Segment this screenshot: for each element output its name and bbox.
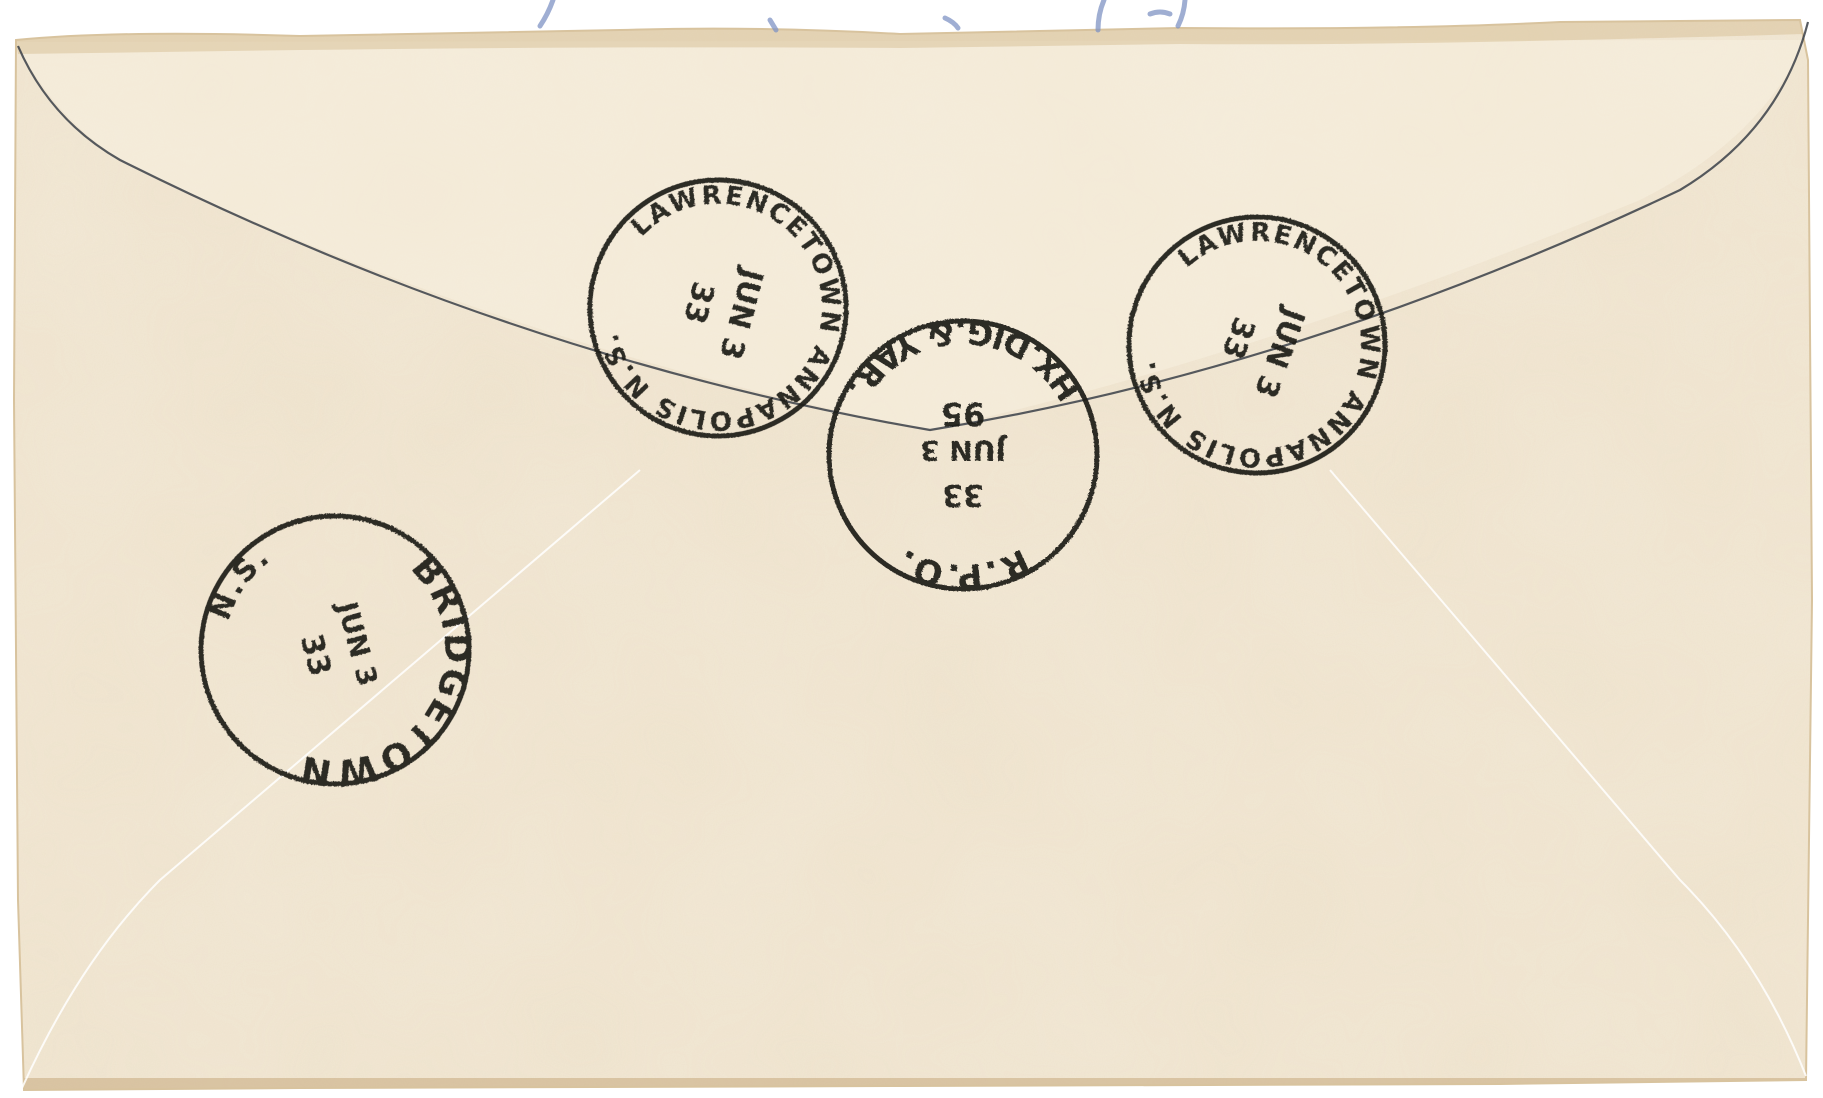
svg-text:JUN 3: JUN 3 [920, 434, 1008, 467]
svg-text:33: 33 [942, 477, 984, 512]
blue-ink-traces [540, 0, 1185, 30]
envelope-photo: LAWRENCETOWN ANNAPOLIS N.S.JUN 333R.P.O.… [0, 0, 1823, 1098]
svg-text:95: 95 [941, 395, 986, 433]
